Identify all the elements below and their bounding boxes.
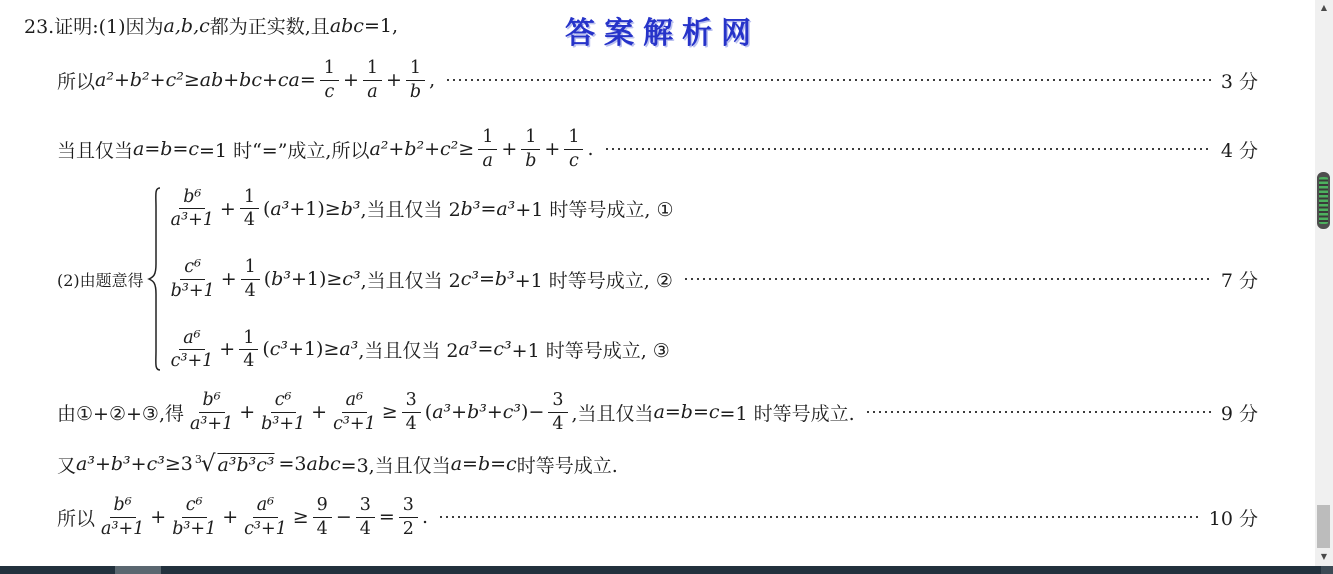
text-run: ( bbox=[263, 198, 270, 220]
radical-icon: √ bbox=[201, 453, 216, 476]
text-run: 当且仅当 bbox=[57, 136, 133, 163]
fraction-numerator: b⁶ bbox=[179, 187, 205, 209]
math-run: c³ bbox=[270, 338, 288, 360]
text-run: ≥ bbox=[382, 401, 398, 423]
dotted-leader bbox=[685, 278, 1211, 280]
score-label: 7 分 bbox=[1221, 266, 1258, 293]
system-of-inequalities: (2)由题意得 b⁶a³+1+14(a³+1)≥b³,当且仅当 2b³=a³+1… bbox=[57, 185, 1258, 373]
math-run: a²+b²+c² bbox=[369, 138, 458, 160]
math-fraction: a⁶c³+1 bbox=[169, 328, 216, 371]
math-fraction: c⁶b³+1 bbox=[259, 390, 307, 433]
text-run: 时等号成立. bbox=[517, 451, 618, 478]
score-label: 10 分 bbox=[1209, 504, 1258, 531]
math-fraction: 34 bbox=[548, 390, 567, 433]
text-run: = bbox=[144, 138, 160, 160]
text-run: + bbox=[221, 268, 237, 290]
text-run: + bbox=[544, 138, 560, 160]
fraction-denominator: 4 bbox=[358, 518, 373, 539]
scroll-down-button[interactable]: ▼ bbox=[1315, 552, 1333, 562]
text-run: 所以 bbox=[57, 67, 95, 94]
math-fraction: 34 bbox=[356, 495, 375, 538]
text-run: 由①+②+③,得 bbox=[57, 399, 184, 426]
scrollbar-thumb-striped[interactable] bbox=[1317, 172, 1330, 229]
proof-line-sum: 由①+②+③,得b⁶a³+1+c⁶b³+1+a⁶c³+1≥34(a³+b³+c³… bbox=[57, 387, 1258, 437]
fraction-numerator: 1 bbox=[240, 187, 259, 209]
math-run: abc bbox=[307, 453, 341, 475]
math-fraction: b⁶a³+1 bbox=[169, 187, 216, 230]
horizontal-scrollbar[interactable] bbox=[0, 566, 1333, 574]
down-arrow-icon: ▼ bbox=[1321, 552, 1327, 561]
math-fraction: 14 bbox=[239, 328, 258, 371]
math-fraction: c⁶b³+1 bbox=[170, 495, 218, 538]
text-run: + bbox=[386, 69, 402, 91]
fraction-numerator: 1 bbox=[320, 58, 339, 80]
math-run: a=b=c bbox=[654, 401, 720, 423]
text-run: = bbox=[480, 198, 496, 220]
text-run: 23.证明:(1)因为 bbox=[24, 12, 164, 39]
system-row-1: b⁶a³+1+14(a³+1)≥b³,当且仅当 2b³=a³+1 时等号成立, … bbox=[165, 187, 1258, 230]
math-run: a=b=c bbox=[451, 453, 517, 475]
fraction-denominator: a³+1 bbox=[99, 518, 146, 539]
math-fraction: a⁶c³+1 bbox=[242, 495, 289, 538]
fraction-denominator: a³+1 bbox=[169, 209, 216, 230]
fraction-denominator: 4 bbox=[243, 280, 258, 301]
fraction-numerator: 1 bbox=[521, 127, 540, 149]
fraction-numerator: 3 bbox=[548, 390, 567, 412]
math-fraction: 1b bbox=[521, 127, 540, 170]
fraction-numerator: 1 bbox=[239, 328, 258, 350]
math-run: a³ bbox=[496, 198, 515, 220]
proof-line-conclusion: 所以b⁶a³+1+c⁶b³+1+a⁶c³+1≥94−34=32.10 分 bbox=[57, 491, 1258, 543]
text-run: +1 时等号成立, ① bbox=[515, 195, 673, 222]
system-row-3: a⁶c³+1+14(c³+1)≥a³,当且仅当 2a³=c³+1 时等号成立, … bbox=[165, 328, 1258, 371]
dotted-leader bbox=[606, 148, 1211, 150]
fraction-denominator: 4 bbox=[315, 518, 330, 539]
fraction-numerator: 1 bbox=[363, 58, 382, 80]
text-run: =3,当且仅当 bbox=[341, 451, 451, 478]
fraction-numerator: 1 bbox=[478, 127, 497, 149]
math-run: a bbox=[133, 138, 144, 160]
math-fraction: a⁶c³+1 bbox=[331, 390, 378, 433]
text-run: + bbox=[311, 401, 327, 423]
fraction-numerator: 3 bbox=[399, 495, 418, 517]
math-run: a²+b²+c² bbox=[95, 69, 184, 91]
math-run: a³+b³+c³ bbox=[432, 401, 521, 423]
text-run: = bbox=[479, 268, 495, 290]
math-run: a³+b³+c³ bbox=[76, 453, 165, 475]
fraction-numerator: 1 bbox=[241, 257, 260, 279]
fraction-denominator: b³+1 bbox=[170, 518, 218, 539]
fraction-denominator: c³+1 bbox=[242, 518, 289, 539]
cube-root: 3√a³b³c³ bbox=[195, 453, 277, 476]
fraction-denominator: b³+1 bbox=[169, 280, 217, 301]
fraction-denominator: 4 bbox=[404, 413, 419, 434]
fraction-numerator: b⁶ bbox=[199, 390, 225, 412]
radicand: a³b³c³ bbox=[216, 454, 277, 476]
score-label: 9 分 bbox=[1221, 399, 1258, 426]
text-run: =3 bbox=[279, 453, 307, 475]
dotted-leader bbox=[447, 79, 1211, 81]
text-run: + bbox=[343, 69, 359, 91]
math-fraction: 1c bbox=[564, 127, 583, 170]
math-fraction: 1c bbox=[320, 58, 339, 101]
fraction-denominator: 4 bbox=[550, 413, 565, 434]
text-run: ,当且仅当 2 bbox=[358, 336, 458, 363]
root-index: 3 bbox=[195, 453, 202, 466]
math-fraction: 14 bbox=[241, 257, 260, 300]
watermark-text: 答案解析网 bbox=[565, 8, 760, 52]
math-run: b³ bbox=[495, 268, 515, 290]
text-run: +1 时等号成立, ② bbox=[515, 266, 673, 293]
text-run: +1)≥ bbox=[289, 198, 340, 220]
math-fraction: 1b bbox=[406, 58, 425, 101]
proof-line-amgm: 又 a³+b³+c³≥3 3√a³b³c³=3abc=3,当且仅当 a=b=c … bbox=[57, 445, 1258, 483]
math-run: b³ bbox=[461, 198, 481, 220]
text-run: 又 bbox=[57, 451, 76, 478]
text-run: =1 时等号成立. bbox=[720, 399, 855, 426]
math-run: a³ bbox=[270, 198, 289, 220]
math-run: a,b,c bbox=[164, 15, 210, 37]
text-run: , bbox=[429, 69, 435, 91]
text-run: = bbox=[172, 138, 188, 160]
text-run: +1)≥ bbox=[288, 338, 339, 360]
text-run: ,当且仅当 2 bbox=[361, 266, 461, 293]
text-run: − bbox=[336, 506, 352, 528]
math-run: c³ bbox=[342, 268, 360, 290]
fraction-denominator: b³+1 bbox=[259, 413, 307, 434]
fraction-numerator: a⁶ bbox=[179, 328, 204, 350]
text-run: . bbox=[422, 506, 428, 528]
fraction-denominator: 4 bbox=[242, 209, 257, 230]
text-run: ,当且仅当 bbox=[572, 399, 654, 426]
math-run: c bbox=[188, 138, 199, 160]
math-fraction: b⁶a³+1 bbox=[188, 390, 235, 433]
math-fraction: 94 bbox=[313, 495, 332, 538]
horizontal-scrollbar-thumb[interactable] bbox=[115, 566, 161, 574]
text-run: 都为正实数,且 bbox=[210, 12, 330, 39]
fraction-numerator: 1 bbox=[406, 58, 425, 80]
math-run: c³ bbox=[461, 268, 479, 290]
score-label: 3 分 bbox=[1221, 67, 1258, 94]
math-fraction: 1a bbox=[363, 58, 382, 101]
fraction-numerator: 1 bbox=[564, 127, 583, 149]
text-run: =1, bbox=[364, 15, 398, 37]
text-run: ( bbox=[262, 338, 269, 360]
text-run: ≥ bbox=[458, 138, 474, 160]
text-run: + bbox=[220, 198, 236, 220]
math-run: b³ bbox=[271, 268, 291, 290]
math-run: c³ bbox=[493, 338, 511, 360]
fraction-numerator: c⁶ bbox=[180, 257, 205, 279]
fraction-denominator: b bbox=[408, 81, 423, 102]
proof-line-2: 所以 a²+b²+c²≥ab+bc+ca=1c+1a+1b,3 分 bbox=[57, 55, 1258, 105]
group-label: (2)由题意得 bbox=[57, 268, 144, 291]
text-run: )− bbox=[521, 401, 544, 423]
scrollbar-corner bbox=[1321, 566, 1333, 574]
math-run: ab+bc+ca bbox=[200, 69, 300, 91]
text-run: . bbox=[587, 138, 593, 160]
fraction-numerator: 3 bbox=[402, 390, 421, 412]
document-page: 答案解析网 23.证明:(1)因为 a,b,c 都为正实数,且 abc=1, 所… bbox=[0, 0, 1315, 566]
text-run: ( bbox=[264, 268, 271, 290]
text-run: + bbox=[501, 138, 517, 160]
fraction-denominator: 4 bbox=[241, 350, 256, 371]
proof-line-3: 当且仅当 a=b=c=1 时“=”成立,所以 a²+b²+c²≥1a+1b+1c… bbox=[57, 127, 1258, 171]
text-run: 所以 bbox=[57, 504, 95, 531]
text-run: +1 时等号成立, ③ bbox=[512, 336, 670, 363]
text-run: + bbox=[150, 506, 166, 528]
scroll-up-button[interactable]: ▲ bbox=[1315, 3, 1333, 13]
math-fraction: 32 bbox=[399, 495, 418, 538]
fraction-denominator: c³+1 bbox=[169, 350, 216, 371]
fraction-denominator: a bbox=[365, 81, 379, 102]
math-run: b bbox=[160, 138, 172, 160]
math-fraction: 14 bbox=[240, 187, 259, 230]
math-fraction: 34 bbox=[402, 390, 421, 433]
math-fraction: c⁶b³+1 bbox=[169, 257, 217, 300]
up-arrow-icon: ▲ bbox=[1321, 3, 1327, 12]
math-run: b³ bbox=[341, 198, 361, 220]
fraction-numerator: 3 bbox=[356, 495, 375, 517]
fraction-denominator: 2 bbox=[401, 518, 416, 539]
fraction-denominator: a bbox=[481, 150, 495, 171]
text-run: ( bbox=[425, 401, 432, 423]
text-run: ≥ bbox=[293, 506, 309, 528]
text-run: = bbox=[379, 506, 395, 528]
text-run: + bbox=[219, 338, 235, 360]
text-run: ≥ bbox=[184, 69, 200, 91]
math-run: a³ bbox=[339, 338, 358, 360]
text-run: =1 时“=”成立,所以 bbox=[199, 136, 369, 163]
dotted-leader bbox=[867, 411, 1211, 413]
fraction-denominator: a³+1 bbox=[188, 413, 235, 434]
text-run: + bbox=[239, 401, 255, 423]
text-run: ≥3 bbox=[165, 453, 193, 475]
system-row-2: c⁶b³+1+14(b³+1)≥c³,当且仅当 2c³=b³+1 时等号成立, … bbox=[165, 257, 1258, 300]
fraction-numerator: c⁶ bbox=[182, 495, 207, 517]
text-run: = bbox=[300, 69, 316, 91]
score-label: 4 分 bbox=[1221, 136, 1258, 163]
math-fraction: b⁶a³+1 bbox=[99, 495, 146, 538]
text-run: ,当且仅当 2 bbox=[360, 195, 460, 222]
fraction-numerator: c⁶ bbox=[271, 390, 296, 412]
text-run: = bbox=[477, 338, 493, 360]
fraction-denominator: c bbox=[322, 81, 336, 102]
left-brace-icon bbox=[146, 185, 162, 373]
vertical-scrollbar[interactable]: ▲ ▼ bbox=[1315, 0, 1333, 566]
fraction-denominator: c³+1 bbox=[331, 413, 378, 434]
text-run: + bbox=[222, 506, 238, 528]
fraction-numerator: 9 bbox=[313, 495, 332, 517]
fraction-numerator: a⁶ bbox=[253, 495, 278, 517]
system-rows: b⁶a³+1+14(a³+1)≥b³,当且仅当 2b³=a³+1 时等号成立, … bbox=[165, 185, 1258, 373]
math-run: abc bbox=[330, 15, 364, 37]
dotted-leader bbox=[440, 516, 1199, 518]
text-run: +1)≥ bbox=[291, 268, 342, 290]
math-fraction: 1a bbox=[478, 127, 497, 170]
scrollbar-thumb-secondary[interactable] bbox=[1317, 505, 1330, 548]
fraction-denominator: c bbox=[567, 150, 581, 171]
fraction-denominator: b bbox=[523, 150, 538, 171]
fraction-numerator: a⁶ bbox=[342, 390, 367, 412]
math-run: a³ bbox=[459, 338, 478, 360]
fraction-numerator: b⁶ bbox=[110, 495, 136, 517]
